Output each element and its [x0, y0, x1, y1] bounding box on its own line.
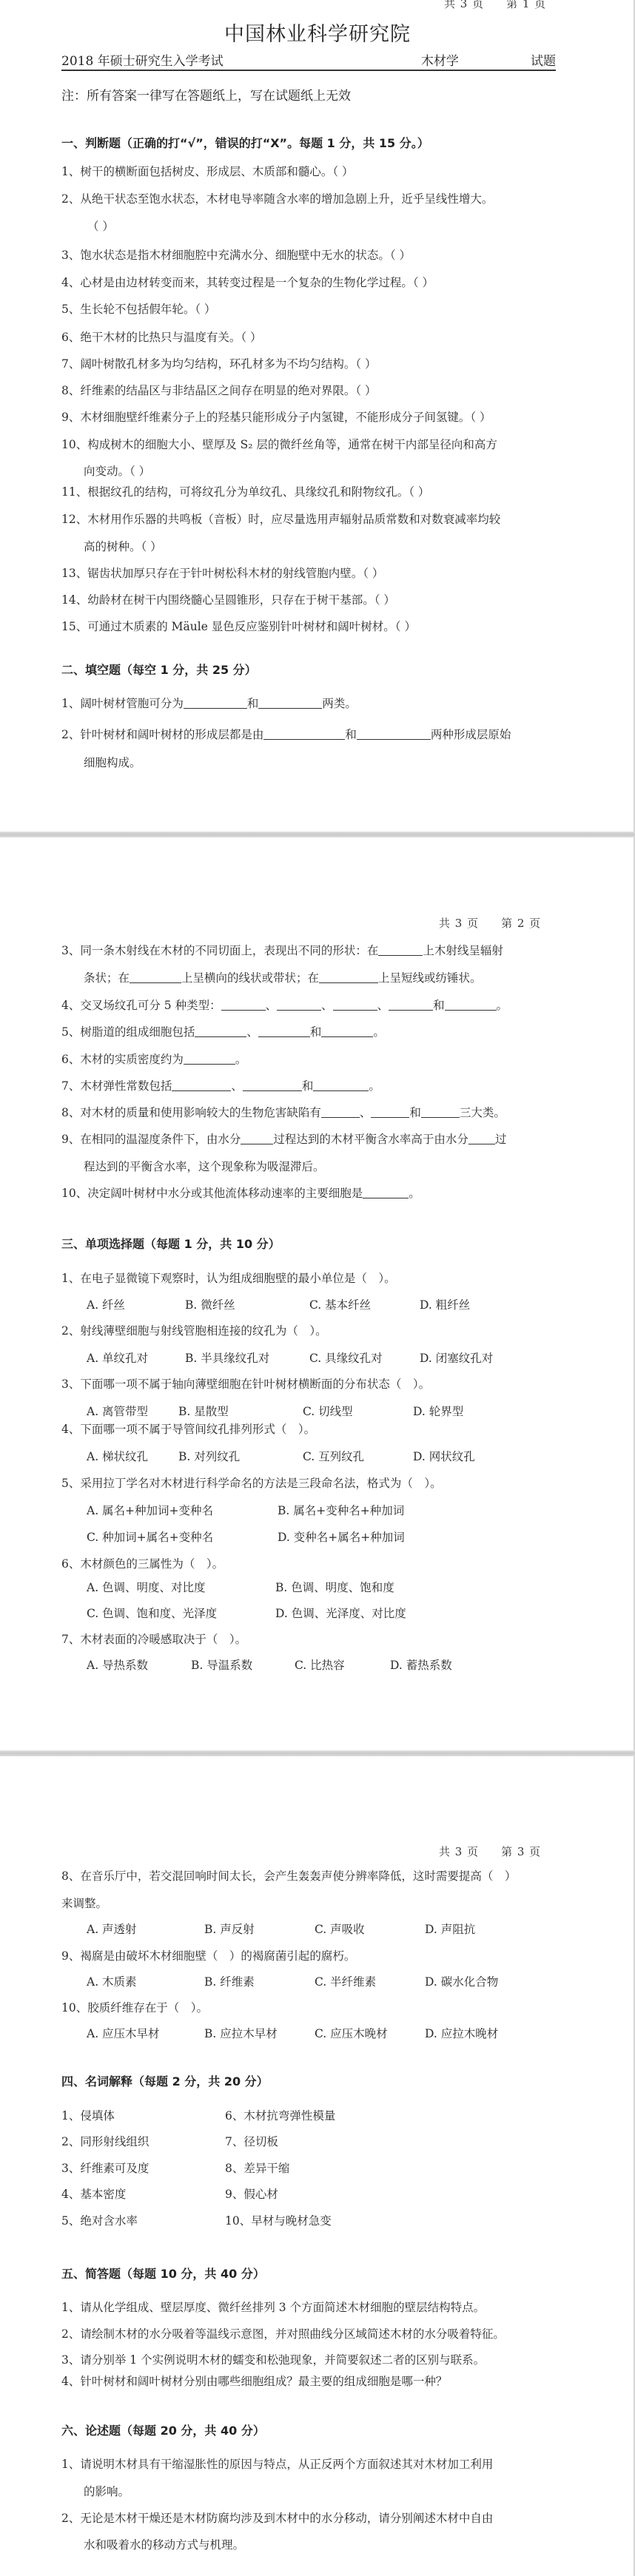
text: 两种形成层原始	[431, 728, 511, 741]
section-title-essay: 六、论述题（每题 20 分，共 40 分）	[61, 2421, 265, 2438]
text: 、	[321, 999, 333, 1012]
section-title-short-answer: 五、简答题（每题 10 分，共 40 分）	[61, 2265, 265, 2282]
mc-option: B. 属名+变种名+种加词	[278, 1502, 404, 1518]
institution-title: 中国林业科学研究院	[0, 18, 635, 47]
text: 和	[310, 1025, 322, 1039]
question-text: 10、构成树木的细胞大小、壁厚及 S₂ 层的微纤丝角等，通常在树干内部呈径向和高…	[61, 436, 497, 452]
question-text: 2、无论是木材干燥还是木材防腐均涉及到木材中的水分移动，请分别阐述木材中自由	[61, 2509, 493, 2526]
text: 上呈横向的线状或带状；在	[181, 971, 319, 985]
text: 两类。	[322, 697, 357, 710]
question-text: 1、请说明木材具有干缩湿胀性的原因与特点，从正反两个方面叙述其对木材加工利用	[61, 2455, 493, 2472]
answer-blank	[445, 999, 497, 1011]
text: 2、针叶树材和阔叶树材的形成层都是由	[61, 728, 263, 741]
exam-page-2: 共 3 页第 2 页 3、同一条木射线在木材的不同切面上，表现出不同的形状：在上…	[0, 837, 635, 1750]
question-text: 2、请绘制木材的水分吸着等温线示意图，并对照曲线分区域简述木材的水分吸着特征。	[61, 2325, 505, 2341]
question-text: 水和吸着水的移动方式与机理。	[84, 2536, 244, 2552]
answer-blank	[184, 698, 247, 709]
question-text: 15、可通过木质素的 Mäule 显色反应鉴别针叶树材和阔叶树材。（ ）	[61, 618, 416, 634]
mc-option: A. 应压木早材	[87, 2025, 160, 2041]
question-text: 3、饱水状态是指木材细胞腔中充满水分、细胞壁中无水的状态。（ ）	[61, 246, 411, 263]
mc-question-stem: 3、下面哪一项不属于轴向薄壁细胞在针叶树材横断面的分布状态（ ）。	[61, 1375, 430, 1392]
term-item: 2、同形射线组织	[61, 2133, 149, 2149]
mc-question-stem: 1、在电子显微镜下观察时，认为组成细胞壁的最小单位是（ ）。	[61, 1270, 396, 1286]
fill-question-7: 7、木材弹性常数包括、和。	[61, 1077, 380, 1093]
question-text: 4、心材是由边材转变而来，其转变过程是一个复杂的生物化学过程。（ ）	[61, 274, 434, 290]
mc-question-stem: 10、胶质纤维存在于（ ）。	[61, 1999, 208, 2015]
mc-option: D. 闭塞纹孔对	[420, 1349, 493, 1366]
question-text: 13、锯齿状加厚只存在于针叶树松科木材的射线管胞内壁。（ ）	[61, 564, 383, 581]
fill-question-6: 6、木材的实质密度约为。	[61, 1051, 246, 1067]
text: 三大类。	[460, 1106, 505, 1119]
mc-option: B. 应拉木早材	[204, 2025, 278, 2041]
answer-blank	[172, 1080, 231, 1092]
answer-blank	[277, 999, 321, 1011]
answer-blank	[263, 729, 345, 741]
text: 8、对木材的质量和使用影响较大的生物危害缺陷有	[61, 1106, 321, 1119]
page-counter: 共 3 页第 2 页	[439, 915, 541, 931]
mc-option: A. 色调、明度、对比度	[87, 1579, 206, 1595]
mc-option: A. 属名+种加词+变种名	[87, 1502, 213, 1518]
current-page: 第 3 页	[501, 1845, 541, 1858]
section-title-fill-blank: 二、填空题（每空 1 分，共 25 分）	[61, 661, 257, 678]
mc-question-stem: 7、木材表面的冷暖感取决于（ ）。	[61, 1631, 246, 1647]
question-text: 向变动。（ ）	[84, 462, 150, 479]
mc-option: A. 梯状纹孔	[87, 1448, 148, 1464]
answer-blank	[363, 1187, 409, 1199]
term-item: 6、木材抗弯弹性模量	[225, 2107, 335, 2123]
mc-question-stem: 4、下面哪一项不属于导管间纹孔排列形式（ ）。	[61, 1420, 315, 1437]
question-text: 的影响。	[84, 2483, 130, 2499]
exam-page-1: 共 3 页第 1 页 中国林业科学研究院 2018 年硕士研究生入学考试 木材学…	[0, 0, 635, 832]
page-separator	[0, 1750, 635, 1756]
mc-option: B. 纤维素	[204, 1973, 255, 1989]
exam-page-3: 共 3 页第 3 页 8、在音乐厅中，若交混回响时间太长，会产生轰轰声使分辨率降…	[0, 1756, 635, 2576]
question-text: 高的树种。（ ）	[84, 538, 162, 554]
answer-blank	[195, 1026, 246, 1038]
question-text: 3、请分别举 1 个实例说明木材的蠕变和松弛现象，并简要叙述二者的区别与联系。	[61, 2351, 485, 2367]
question-text: 9、木材细胞壁纤维素分子上的羟基只能形成分子内氢键，不能形成分子间氢键。（ ）	[61, 408, 491, 425]
exam-note: 注：所有答案一律写在答题纸上，写在试题纸上无效	[61, 85, 351, 104]
text: 1、阔叶树材管胞可分为	[61, 697, 184, 710]
answer-blank	[333, 999, 377, 1011]
term-item: 5、绝对含水率	[61, 2212, 138, 2228]
mc-option: C. 色调、饱和度、光泽度	[87, 1605, 217, 1621]
answer-blank	[371, 1107, 409, 1119]
mc-option: B. 微纤丝	[185, 1296, 235, 1312]
mc-question-stem: 9、褐腐是由破坏木材细胞壁（ ）的褐腐菌引起的腐朽。	[61, 1947, 355, 1963]
fill-question-10: 10、决定阔叶树材中水分或其他流体移动速率的主要细胞是。	[61, 1184, 420, 1201]
fill-question-2: 2、针叶树材和阔叶树材的形成层都是由和两种形成层原始	[61, 726, 511, 742]
text: 上呈短线或纺锤状。	[378, 971, 482, 985]
answer-blank	[378, 945, 423, 957]
text: 和	[345, 728, 357, 741]
mc-option: A. 离管带型	[87, 1403, 148, 1419]
answer-blank	[241, 1133, 273, 1145]
text: 。	[497, 999, 508, 1012]
answer-blank	[313, 1080, 369, 1092]
fill-question-5: 5、树脂道的组成细胞包括、和。	[61, 1023, 385, 1039]
answer-blank	[468, 1133, 495, 1145]
mc-question-stem: 8、在音乐厅中，若交混回响时间太长，会产生轰轰声使分辨率降低，这时需要提高（ ）	[61, 1867, 516, 1884]
term-item: 1、侵填体	[61, 2107, 115, 2123]
question-text: 细胞构成。	[84, 754, 141, 770]
mc-option: D. 蓄热系数	[390, 1656, 452, 1673]
total-pages: 共 3 页	[439, 1845, 479, 1858]
mc-option: D. 应拉木晚材	[425, 2025, 498, 2041]
mc-option: B. 半具缘纹孔对	[185, 1349, 269, 1366]
text: 和	[433, 999, 445, 1012]
text: 。	[373, 1025, 385, 1039]
mc-option: B. 星散型	[178, 1403, 229, 1419]
fill-question-4: 4、交叉场纹孔可分 5 种类型：、、、和。	[61, 997, 508, 1013]
term-item: 8、差异干缩	[225, 2159, 289, 2176]
term-item: 7、径切板	[225, 2133, 278, 2149]
text: 和	[302, 1079, 314, 1093]
text: 7、木材弹性常数包括	[61, 1079, 172, 1093]
mc-option: C. 种加词+属名+变种名	[87, 1528, 213, 1545]
text: 、	[231, 1079, 243, 1093]
mc-option: C. 声吸收	[315, 1921, 365, 1937]
mc-option: A. 木质素	[87, 1973, 137, 1989]
question-text: 1、请从化学组成、壁层厚度、微纤丝排列 3 个方面简述木材细胞的壁层结构特点。	[61, 2299, 485, 2315]
fill-question-8: 8、对木材的质量和使用影响较大的生物危害缺陷有、和三大类。	[61, 1104, 505, 1120]
text: 和	[409, 1106, 421, 1119]
mc-option: D. 粗纤丝	[420, 1296, 470, 1312]
total-pages: 共 3 页	[439, 917, 479, 930]
text: 。	[235, 1053, 247, 1066]
answer-blank	[319, 972, 378, 984]
answer-blank	[258, 698, 322, 709]
exam-name: 2018 年硕士研究生入学考试	[61, 50, 224, 69]
mc-option: B. 声反射	[204, 1921, 255, 1937]
section-title-multiple-choice: 三、单项选择题（每题 1 分，共 10 分）	[61, 1235, 280, 1252]
mc-option: B. 对列纹孔	[178, 1448, 240, 1464]
fill-question-9: 9、在相同的温湿度条件下，由水分过程达到的木材平衡含水率高于由水分过	[61, 1130, 506, 1147]
mc-option: C. 比热容	[295, 1656, 345, 1673]
exam-type: 试题	[531, 50, 556, 69]
text: 上木射线呈辐射	[423, 944, 503, 957]
question-text: 5、生长轮不包括假年轮。（ ）	[61, 300, 216, 317]
total-pages: 共 3 页	[444, 0, 484, 10]
mc-option: C. 应压木晚材	[315, 2025, 388, 2041]
mc-option: B. 色调、明度、饱和度	[275, 1579, 394, 1595]
text: 4、交叉场纹孔可分 5 种类型：	[61, 999, 221, 1012]
answer-blank	[243, 1080, 302, 1092]
mc-option: D. 轮界型	[413, 1403, 463, 1419]
mc-option: B. 导温系数	[191, 1656, 252, 1673]
question-text: （ ）	[87, 218, 114, 234]
term-item: 9、假心材	[225, 2185, 278, 2202]
fill-question-1: 1、阔叶树材管胞可分为和两类。	[61, 695, 357, 711]
mc-option: A. 纤丝	[87, 1296, 125, 1312]
answer-blank	[258, 1026, 310, 1038]
question-text: 11、根据纹孔的结构，可将纹孔分为单纹孔、具缘纹孔和附物纹孔。（ ）	[61, 483, 429, 499]
mc-option: C. 切线型	[303, 1403, 353, 1419]
answer-blank	[221, 999, 266, 1011]
answer-blank	[357, 729, 431, 741]
section-title-true-false: 一、判断题（正确的打“√”，错误的打“X”。每题 1 分，共 15 分。）	[61, 134, 429, 151]
current-page: 第 2 页	[501, 917, 541, 930]
question-text: 7、阔叶树散孔材多为均匀结构，环孔材多为不均匀结构。（ ）	[61, 355, 377, 371]
subject-name: 木材学	[421, 50, 459, 69]
mc-option: D. 碳水化合物	[425, 1973, 498, 1989]
mc-option: C. 基本纤丝	[309, 1296, 371, 1312]
mc-option: D. 声阻抗	[425, 1921, 475, 1937]
answer-blank	[421, 1107, 460, 1119]
text: 、	[360, 1106, 372, 1119]
page-counter: 共 3 页第 3 页	[439, 1844, 541, 1859]
current-page: 第 1 页	[506, 0, 546, 10]
exam-header-line: 2018 年硕士研究生入学考试 木材学 试题	[61, 50, 556, 71]
page-separator	[0, 832, 635, 837]
question-text: 8、纤维素的结晶区与非结晶区之间存在明显的绝对界限。（ ）	[61, 382, 377, 398]
text: 和	[247, 697, 259, 710]
mc-question-stem: 6、木材颜色的三属性为（ ）。	[61, 1555, 224, 1571]
text: 。	[369, 1079, 380, 1093]
mc-option: C. 具缘纹孔对	[309, 1349, 383, 1366]
answer-blank	[130, 972, 181, 984]
text: 、	[377, 999, 389, 1012]
question-text: 1、树干的横断面包括树皮、形成层、木质部和髓心。（ ）	[61, 163, 354, 179]
mc-option: D. 色调、光泽度、对比度	[275, 1605, 406, 1621]
question-text: 程达到的平衡含水率，这个现象称为吸湿滞后。	[84, 1158, 325, 1174]
page-counter: 共 3 页第 1 页	[444, 0, 546, 11]
text: 、	[266, 999, 278, 1012]
answer-blank	[321, 1026, 373, 1038]
mc-option: A. 导热系数	[87, 1656, 148, 1673]
question-text: 6、绝干木材的比热只与温度有关。（ ）	[61, 328, 262, 345]
text: 3、同一条木射线在木材的不同切面上，表现出不同的形状：在	[61, 944, 378, 957]
text: 10、决定阔叶树材中水分或其他流体移动速率的主要细胞是	[61, 1187, 363, 1200]
mc-option: D. 变种名+属名+种加词	[278, 1528, 405, 1545]
text: 过	[495, 1133, 507, 1146]
term-item: 3、纤维素可及度	[61, 2159, 149, 2176]
text: 、	[246, 1025, 258, 1039]
fill-question-3: 3、同一条木射线在木材的不同切面上，表现出不同的形状：在上木射线呈辐射	[61, 942, 503, 958]
text: 条状；在	[84, 971, 130, 985]
question-text: 4、针叶树材和阔叶树材分别由哪些细胞组成？最主要的组成细胞是哪一种？	[61, 2373, 447, 2389]
answer-blank	[389, 999, 433, 1011]
mc-option: D. 网状纹孔	[413, 1448, 475, 1464]
question-text: 12、木材用作乐器的共鸣板（音板）时，应尽量选用声辐射品质常数和对数衰减率均较	[61, 510, 500, 527]
mc-option: C. 互列纹孔	[303, 1448, 364, 1464]
mc-option: A. 声透射	[87, 1921, 137, 1937]
question-text: 14、幼龄材在树干内围绕髓心呈圆锥形，只存在于树干基部。（ ）	[61, 591, 395, 607]
mc-question-stem-cont: 来调整。	[61, 1895, 107, 1911]
text: 过程达到的木材平衡含水率高于由水分	[273, 1133, 468, 1146]
text: 6、木材的实质密度约为	[61, 1053, 184, 1066]
answer-blank	[184, 1053, 235, 1065]
answer-blank	[321, 1107, 360, 1119]
mc-option: C. 半纤维素	[315, 1973, 376, 1989]
term-item: 4、基本密度	[61, 2185, 126, 2202]
text: 。	[409, 1187, 420, 1200]
mc-question-stem: 2、射线薄壁细胞与射线管胞相连接的纹孔为（ ）。	[61, 1322, 327, 1338]
text: 5、树脂道的组成细胞包括	[61, 1025, 195, 1039]
section-title-terms: 四、名词解释（每题 2 分，共 20 分）	[61, 2072, 269, 2089]
question-text: 2、从绝干状态至饱水状态，木材电导率随含水率的增加急剧上升，近乎呈线性增大。	[61, 190, 493, 206]
mc-question-stem: 5、采用拉丁学名对木材进行科学命名的方法是三段命名法，格式为（ ）。	[61, 1474, 442, 1491]
mc-option: A. 单纹孔对	[87, 1349, 148, 1366]
fill-question-3-cont: 条状；在上呈横向的线状或带状；在上呈短线或纺锤状。	[84, 969, 482, 985]
term-item: 10、早材与晚材急变	[225, 2212, 332, 2228]
text: 9、在相同的温湿度条件下，由水分	[61, 1133, 241, 1146]
